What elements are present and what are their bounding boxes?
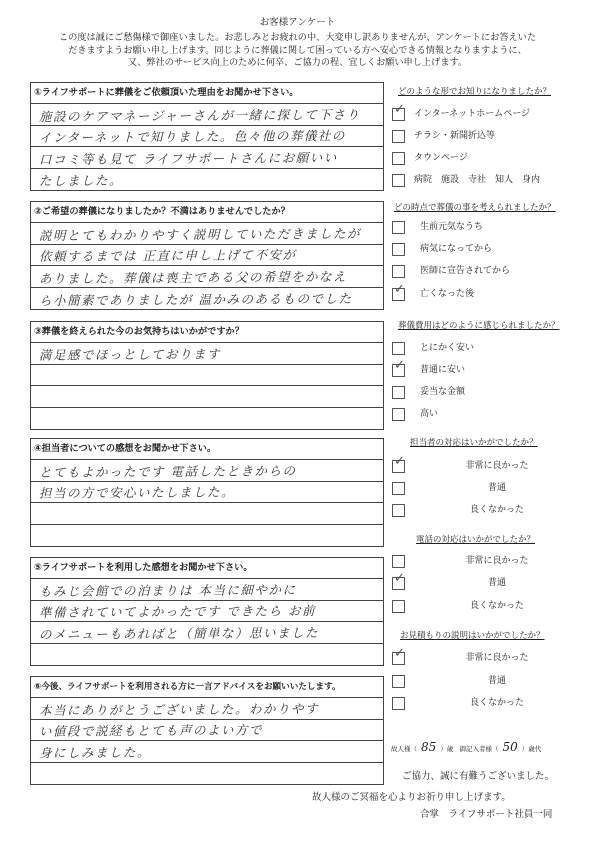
handwritten-answer: インターネットで知りました。色々他の葬儀社の bbox=[39, 126, 346, 146]
option-phone-very-good[interactable]: 非常に良かった bbox=[392, 555, 592, 571]
option-label: 医師に宣告されてから bbox=[420, 265, 510, 278]
option-flyer[interactable]: チラシ・新聞折込等 bbox=[392, 130, 592, 146]
option-label: 良くなかった bbox=[422, 697, 572, 710]
option-phone-normal[interactable]: ✓ 普通 bbox=[392, 577, 592, 593]
question-2-box: ②ご希望の葬儀になりましたか？不満はありませんでしたか？ 説明とてもわかりやすく… bbox=[30, 201, 384, 310]
checkbox[interactable] bbox=[392, 342, 405, 355]
question-5-label: ⑤ライフサポートを利用した感想をお聞かせ下さい。 bbox=[31, 558, 383, 579]
answer-line[interactable]: ありました。葬儀は喪主である父の希望をかなえ bbox=[31, 266, 383, 288]
answer-line[interactable]: たしました。 bbox=[31, 169, 383, 191]
side-question-estimate: お見積もりの説明はいかがでしたか？ bbox=[400, 629, 545, 641]
option-label: 生前元気なうち bbox=[420, 221, 483, 234]
handwritten-answer: 依頼するまでは 正直に申し上げて不安が bbox=[39, 245, 297, 265]
answer-line[interactable]: 本当にありがとうございました。わかりやす bbox=[31, 698, 383, 720]
option-label: 病気になってから bbox=[420, 243, 492, 256]
option-estimate-poor[interactable]: 良くなかった bbox=[392, 697, 592, 713]
option-staff-poor[interactable]: 良くなかった bbox=[392, 504, 592, 520]
option-label: 普通に安い bbox=[420, 364, 465, 377]
answer-line[interactable] bbox=[31, 644, 383, 666]
thanks-text: ご協力、誠に有難うございました。 bbox=[402, 768, 554, 782]
question-6-label: ⑥今後、ライフサポートを利用される方に一言アドバイスをお願いいたします。 bbox=[31, 677, 383, 698]
answer-line[interactable]: 依頼するまでは 正直に申し上げて不安が bbox=[31, 245, 383, 267]
option-label: 非常に良かった bbox=[422, 555, 572, 568]
checkbox[interactable] bbox=[392, 697, 405, 710]
checkbox[interactable] bbox=[392, 152, 405, 165]
answer-line[interactable] bbox=[31, 525, 383, 547]
option-label: 普通 bbox=[422, 577, 572, 590]
option-estimate-normal[interactable]: 普通 bbox=[392, 675, 592, 691]
handwritten-answer: のメニューもあればと（簡単な）思いました bbox=[39, 623, 319, 643]
checkbox[interactable] bbox=[392, 243, 405, 256]
option-label: タウンページ bbox=[414, 152, 468, 165]
answer-line[interactable]: 担当の方で安心いたしました。 bbox=[31, 482, 383, 504]
handwritten-answer: 準備されていてよかったです できたら お前 bbox=[39, 601, 316, 621]
handwritten-answer: 満足感でほっとしております bbox=[39, 344, 221, 363]
option-label: 病院 施設 寺社 知人 身内 bbox=[414, 174, 540, 187]
check-icon: ✓ bbox=[394, 454, 405, 469]
option-staff-very-good[interactable]: ✓ 非常に良かった bbox=[392, 460, 592, 476]
check-icon: ✓ bbox=[394, 102, 405, 117]
checkbox[interactable] bbox=[392, 555, 405, 568]
handwritten-answer: い値段で説経もとても声のよい方で bbox=[39, 720, 263, 740]
checkbox[interactable] bbox=[392, 600, 405, 613]
option-staff-normal[interactable]: 普通 bbox=[392, 482, 592, 498]
check-icon: ✓ bbox=[394, 358, 405, 373]
question-1-label: ①ライフサポートに葬儀をご依頼頂いた理由をお聞かせ下さい。 bbox=[31, 83, 383, 104]
answer-line[interactable] bbox=[31, 365, 383, 387]
condolence-text: 故人様のご冥福を心よりお祈り申し上げます。 bbox=[312, 789, 511, 803]
option-label: チラシ・新聞折込等 bbox=[414, 130, 495, 143]
answer-line[interactable] bbox=[31, 503, 383, 525]
check-icon: ✓ bbox=[394, 646, 405, 661]
option-estimate-very-good[interactable]: ✓ 非常に良かった bbox=[392, 652, 592, 668]
answer-line[interactable] bbox=[31, 763, 383, 785]
option-fairly-cheap[interactable]: ✓ 普通に安い bbox=[392, 364, 592, 380]
option-label: 良くなかった bbox=[422, 504, 572, 517]
option-reasonable[interactable]: 妥当な金額 bbox=[392, 386, 592, 402]
checkbox[interactable] bbox=[392, 174, 405, 187]
answer-line[interactable]: インターネットで知りました。色々他の葬儀社の bbox=[31, 126, 383, 148]
handwritten-answer: 担当の方で安心いたしました。 bbox=[39, 482, 235, 501]
answer-line[interactable]: 満足感でほっとしております bbox=[31, 343, 383, 365]
checkbox[interactable] bbox=[392, 265, 405, 278]
deceased-age-label: 故人様（ bbox=[391, 745, 417, 753]
question-3-box: ③葬儀を終えられた今のお気持ちはいかがですか？ 満足感でほっとしております bbox=[30, 321, 384, 430]
question-4-box: ④担当者についての感想をお聞かせ下さい。 とてもよかったです 電話したときからの… bbox=[30, 438, 384, 547]
handwritten-answer: ありました。葬儀は喪主である父の希望をかなえ bbox=[39, 266, 347, 286]
option-after-diagnosis[interactable]: 医師に宣告されてから bbox=[392, 265, 592, 281]
deceased-age-value[interactable]: 85 bbox=[421, 740, 436, 754]
check-icon: ✓ bbox=[394, 571, 405, 586]
handwritten-answer: とてもよかったです 電話したときからの bbox=[39, 461, 297, 481]
age-fields: 故人様（85）歳 御記入者様（50）歳代 bbox=[391, 740, 541, 754]
side-question-staff: 担当者の対応はいかがでしたか？ bbox=[410, 436, 538, 448]
checkbox[interactable] bbox=[392, 675, 405, 688]
option-after-death[interactable]: ✓ 亡くなった後 bbox=[392, 288, 592, 304]
option-label: 亡くなった後 bbox=[420, 288, 474, 301]
side-question-how-known: どのような形でお知りになりましたか？ bbox=[398, 85, 551, 97]
side-question-when-considered: どの時点で葬儀の事を考えられましたか？ bbox=[394, 201, 556, 213]
handwritten-answer: たしました。 bbox=[39, 171, 123, 190]
option-expensive[interactable]: 高い bbox=[392, 408, 592, 424]
answer-line[interactable]: い値段で説経もとても声のよい方で bbox=[31, 720, 383, 742]
check-icon: ✓ bbox=[394, 282, 405, 297]
answer-line[interactable]: 説明とてもわかりやすく説明していただきましたが bbox=[31, 223, 383, 245]
answer-line[interactable]: 施設のケアマネージャーさんが一緒に探して下さり bbox=[31, 104, 383, 126]
side-checklist: どのような形でお知りになりましたか？ ✓ インターネットホームページ チラシ・新… bbox=[392, 0, 592, 842]
option-label: 普通 bbox=[422, 482, 572, 495]
option-label: インターネットホームページ bbox=[414, 108, 530, 121]
option-referral[interactable]: 病院 施設 寺社 知人 身内 bbox=[392, 174, 592, 190]
option-after-illness[interactable]: 病気になってから bbox=[392, 243, 592, 259]
option-label: とにかく安い bbox=[420, 342, 474, 355]
side-question-phone: 電話の対応はいかがでしたか？ bbox=[416, 533, 535, 545]
option-label: 妥当な金額 bbox=[420, 386, 465, 399]
signature-text: 合掌 ライフサポート社員一同 bbox=[420, 806, 552, 820]
option-while-healthy[interactable]: 生前元気なうち bbox=[392, 221, 592, 237]
option-label: 非常に良かった bbox=[422, 652, 572, 665]
option-label: 非常に良かった bbox=[422, 460, 572, 473]
option-very-cheap[interactable]: とにかく安い bbox=[392, 342, 592, 358]
option-townpage[interactable]: タウンページ bbox=[392, 152, 592, 168]
option-internet[interactable]: ✓ インターネットホームページ bbox=[392, 108, 592, 124]
side-question-cost: 葬儀費用はどのように感じられましたか？ bbox=[398, 319, 560, 331]
option-label: 高い bbox=[420, 408, 438, 421]
checkbox[interactable] bbox=[392, 386, 405, 399]
question-3-label: ③葬儀を終えられた今のお気持ちはいかがですか？ bbox=[31, 322, 383, 343]
answer-line[interactable]: とてもよかったです 電話したときからの bbox=[31, 460, 383, 482]
question-2-label: ②ご希望の葬儀になりましたか？不満はありませんでしたか？ bbox=[31, 202, 383, 223]
answer-line[interactable]: 準備されていてよかったです できたら お前 bbox=[31, 601, 383, 623]
answer-line[interactable]: ら小簡素でありましたが 温かみのあるものでした bbox=[31, 288, 383, 310]
checkbox[interactable] bbox=[392, 130, 405, 143]
answer-line[interactable] bbox=[31, 408, 383, 430]
answer-line[interactable] bbox=[31, 386, 383, 408]
writer-age-suffix: ）歳代 bbox=[522, 745, 542, 753]
writer-age-label: 御記入者様（ bbox=[459, 745, 498, 753]
writer-age-value[interactable]: 50 bbox=[502, 740, 517, 754]
answer-line[interactable]: のメニューもあればと（簡単な）思いました bbox=[31, 622, 383, 644]
option-label: 普通 bbox=[422, 675, 572, 688]
handwritten-answer: 身にしみました。 bbox=[39, 742, 151, 761]
question-1-box: ①ライフサポートに葬儀をご依頼頂いた理由をお聞かせ下さい。 施設のケアマネージャ… bbox=[30, 82, 384, 191]
deceased-age-suffix: ）歳 bbox=[440, 745, 453, 753]
checkbox[interactable] bbox=[392, 408, 405, 421]
question-6-box: ⑥今後、ライフサポートを利用される方に一言アドバイスをお願いいたします。 本当に… bbox=[30, 676, 384, 785]
handwritten-answer: 説明とてもわかりやすく説明していただきましたが bbox=[39, 223, 361, 243]
handwritten-answer: 本当にありがとうございました。わかりやす bbox=[39, 699, 319, 719]
handwritten-answer: 口コミ等も見て ライフサポートさんにお願いい bbox=[39, 147, 338, 167]
handwritten-answer: もみじ会館での泊まりは 本当に細やかに bbox=[39, 580, 297, 600]
question-5-box: ⑤ライフサポートを利用した感想をお聞かせ下さい。 もみじ会館での泊まりは 本当に… bbox=[30, 557, 384, 666]
checkbox[interactable] bbox=[392, 221, 405, 234]
answer-line[interactable]: 身にしみました。 bbox=[31, 741, 383, 763]
option-label: 良くなかった bbox=[422, 600, 572, 613]
handwritten-answer: ら小簡素でありましたが 温かみのあるものでした bbox=[39, 289, 353, 309]
option-phone-poor[interactable]: 良くなかった bbox=[392, 600, 592, 616]
checkbox[interactable] bbox=[392, 482, 405, 495]
checkbox[interactable] bbox=[392, 504, 405, 517]
answer-line[interactable]: 口コミ等も見て ライフサポートさんにお願いい bbox=[31, 147, 383, 169]
handwritten-answer: 施設のケアマネージャーさんが一緒に探して下さり bbox=[39, 104, 361, 124]
answer-line[interactable]: もみじ会館での泊まりは 本当に細やかに bbox=[31, 579, 383, 601]
question-4-label: ④担当者についての感想をお聞かせ下さい。 bbox=[31, 439, 383, 460]
